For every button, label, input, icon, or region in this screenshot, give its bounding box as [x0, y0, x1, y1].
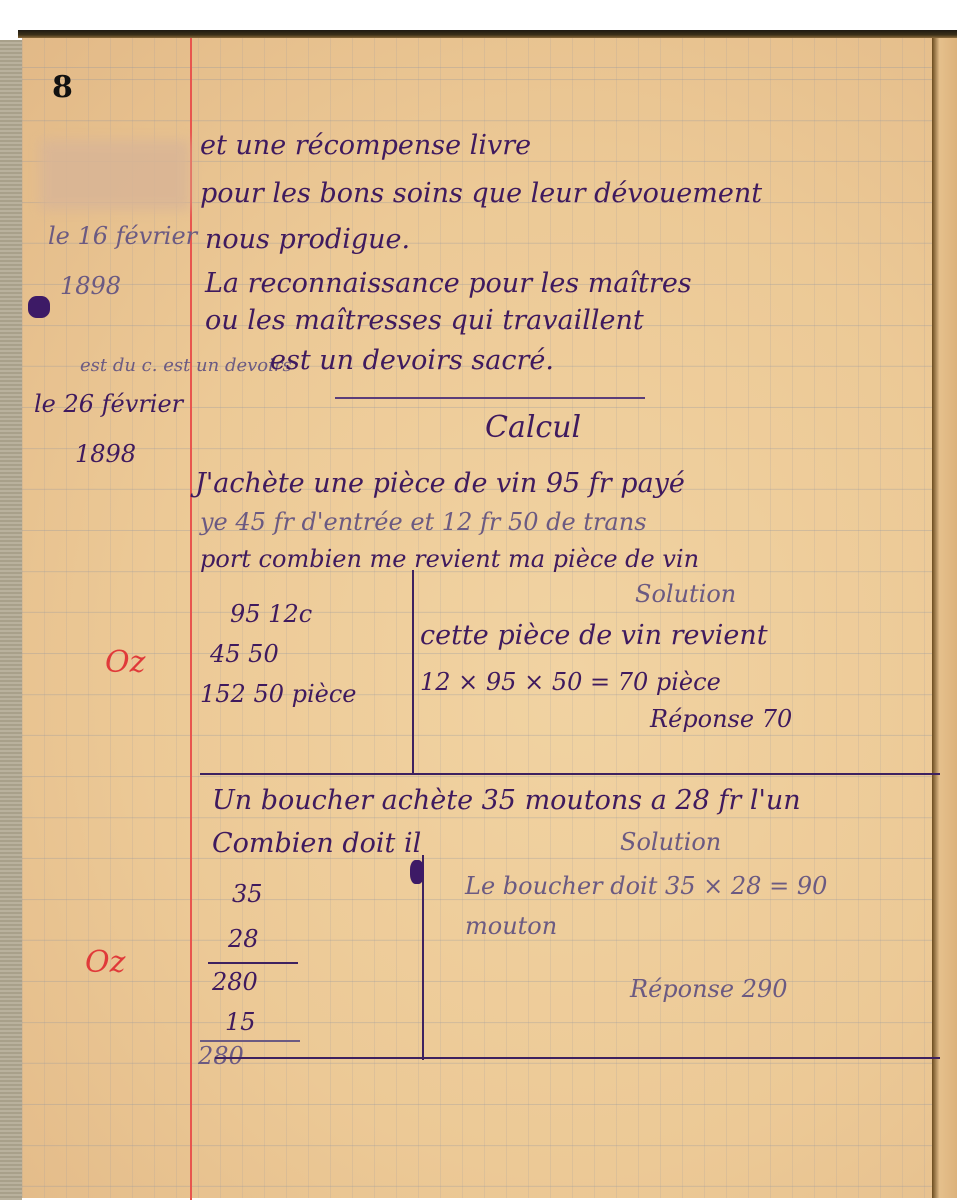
redacted-name	[40, 140, 190, 210]
solution-line: 12 × 95 × 50 = 70 pièce	[420, 668, 721, 696]
text-line: est un devoirs sacré.	[270, 345, 554, 376]
problem-statement: port combien me revient ma pièce de vin	[200, 545, 699, 573]
problem-statement: Combien doit il	[212, 828, 421, 859]
text-line: et une récompense livre	[200, 130, 531, 161]
column-divider	[422, 855, 424, 1060]
margin-year: 1898	[60, 272, 121, 300]
text-line: pour les bons soins que leur dévouement	[200, 178, 762, 209]
page-number: 8	[52, 70, 73, 105]
problem-statement: Un boucher achète 35 moutons a 28 fr l'u…	[212, 785, 801, 816]
work-line: 15	[225, 1008, 256, 1036]
text-line: nous prodigue.	[205, 224, 410, 255]
margin-year: 1898	[75, 440, 136, 468]
work-line: 35	[232, 880, 263, 908]
problem-statement: ye 45 fr d'entrée et 12 fr 50 de trans	[200, 508, 647, 536]
solution-line: Le boucher doit 35 × 28 = 90	[465, 872, 827, 900]
ink-blot	[410, 860, 424, 884]
next-page-edge	[932, 38, 957, 1198]
ink-blot	[28, 296, 50, 318]
work-line: 45 50	[210, 640, 279, 668]
solution-label: Solution	[635, 580, 736, 608]
work-line: 152 50 pièce	[200, 680, 357, 708]
answer: Réponse 70	[650, 705, 792, 733]
margin-date: le 26 février	[34, 390, 183, 418]
margin-note: est du c. est un devoirs	[80, 355, 292, 376]
column-divider	[412, 570, 414, 775]
solution-line: mouton	[465, 912, 557, 940]
answer: Réponse 290	[630, 975, 788, 1003]
section-divider	[335, 397, 645, 399]
problem-statement: J'achète une pièce de vin 95 fr payé	[195, 468, 685, 499]
work-line: 280	[212, 968, 258, 996]
notebook-page	[22, 38, 934, 1198]
notebook-top-edge	[18, 30, 957, 38]
grade-mark: Oz	[105, 645, 145, 680]
text-line: ou les maîtresses qui travaillent	[205, 305, 644, 336]
solution-line: cette pièce de vin revient	[420, 620, 768, 651]
solution-label: Solution	[620, 828, 721, 856]
work-line: 28	[228, 925, 259, 953]
work-line: 280	[198, 1042, 244, 1070]
margin-date: le 16 février	[48, 222, 197, 250]
sum-line	[208, 962, 298, 964]
problem-divider	[200, 773, 940, 775]
problem-divider	[215, 1057, 940, 1059]
red-margin-line	[190, 38, 192, 1200]
work-line: 95 12c	[230, 600, 312, 628]
problem-title: Calcul	[485, 410, 581, 445]
text-line: La reconnaissance pour les maîtres	[205, 268, 692, 299]
notebook-spine	[0, 40, 22, 1200]
grade-mark: Oz	[85, 945, 125, 980]
